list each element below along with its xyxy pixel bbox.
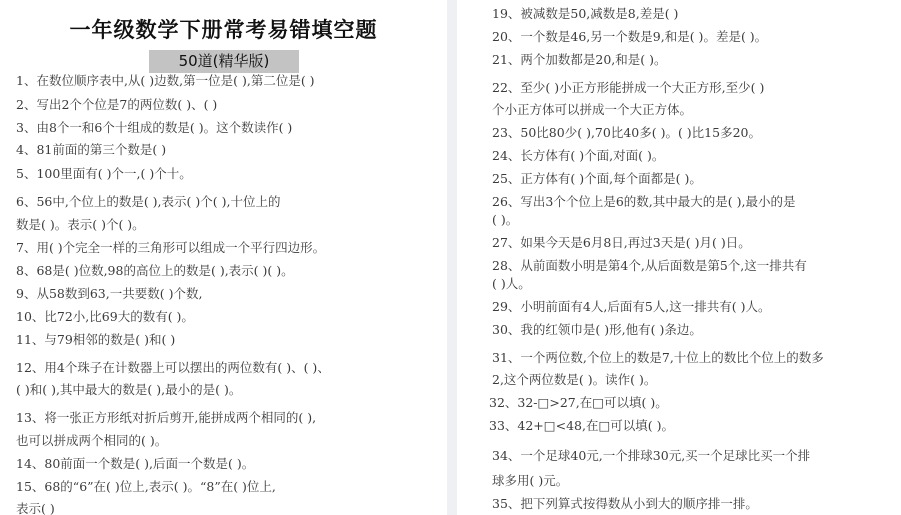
question-line: 数是( )。表示( )个( )。 [16,217,145,233]
question-line: 25、正方体有( )个面,每个面都是( )。 [492,171,702,187]
question-line: 33、42+□<48,在□可以填( )。 [489,418,674,434]
question-line: 8、68是( )位数,98的高位上的数是( ),表示( )( )。 [16,263,294,279]
question-line: 27、如果今天是6月8日,再过3天是( )月( )日。 [492,235,751,251]
question-line: 34、一个足球40元,一个排球30元,买一个足球比买一个排 [492,448,810,464]
question-line: 28、从前面数小明是第4个,从后面数是第5个,这一排共有 [492,258,807,274]
question-line: 19、被减数是50,减数是8,差是( ) [492,6,678,22]
question-line: 22、至少( )小正方形能拼成一个大正方形,至少( ) [492,80,764,96]
question-line: 11、与79相邻的数是( )和( ) [16,332,175,348]
question-line: 30、我的红领巾是( )形,他有( )条边。 [492,322,702,338]
question-line: 3、由8个一和6个十组成的数是( )。这个数读作( ) [16,120,292,136]
question-line: 13、将一张正方形纸对折后剪开,能拼成两个相同的( ), [16,410,316,426]
question-line: 表示( ) [16,501,55,515]
question-line: 2、写出2个个位是7的两位数( )、( ) [16,97,217,113]
question-line: 1、在数位顺序表中,从( )边数,第一位是( ),第二位是( ) [16,73,315,89]
question-line: ( )人。 [492,276,531,292]
question-line: 23、50比80少( ),70比40多( )。( )比15多20。 [492,125,761,141]
question-line: 12、用4个珠子在计数器上可以摆出的两位数有( )、( )、 [16,360,330,376]
question-line: 10、比72小,比69大的数有( )。 [16,309,194,325]
question-line: 5、100里面有( )个一,( )个十。 [16,166,192,182]
question-line: 21、两个加数都是20,和是( )。 [492,52,667,68]
question-line: 29、小明前面有4人,后面有5人,这一排共有( )人。 [492,299,771,315]
question-line: 20、一个数是46,另一个数是9,和是( )。差是( )。 [492,29,767,45]
document-subtitle: 50道(精华版) [149,50,299,73]
question-line: ( )。 [492,212,518,228]
question-line: 32、32-□>27,在□可以填( )。 [489,395,668,411]
document-page-right: 19、被减数是50,减数是8,差是( )20、一个数是46,另一个数是9,和是(… [457,0,901,515]
question-line: 个小正方体可以拼成一个大正方体。 [492,102,692,118]
question-line: 35、把下列算式按得数从小到大的顺序排一排。 [492,496,758,512]
question-line: 球多用( )元。 [492,473,568,489]
question-line: 7、用( )个完全一样的三角形可以组成一个平行四边形。 [16,240,325,256]
question-line: 6、56中,个位上的数是( ),表示( )个( ),十位上的 [16,194,280,210]
question-line: 26、写出3个个位上是6的数,其中最大的是( ),最小的是 [492,194,796,210]
question-line: ( )和( ),其中最大的数是( ),最小的是( )。 [16,382,241,398]
question-line: 2,这个两位数是( )。读作( )。 [492,372,656,388]
document-page-left: 一年级数学下册常考易错填空题 50道(精华版) 1、在数位顺序表中,从( )边数… [0,0,447,515]
question-line: 31、一个两位数,个位上的数是7,十位上的数比个位上的数多 [492,350,824,366]
question-line: 24、长方体有( )个面,对面( )。 [492,148,664,164]
document-title: 一年级数学下册常考易错填空题 [0,14,447,44]
question-line: 15、68的“6”在( )位上,表示( )。“8”在( )位上, [16,479,276,495]
question-line: 9、从58数到63,一共要数( )个数, [16,286,202,302]
question-line: 4、81前面的第三个数是( ) [16,142,166,158]
question-line: 也可以拼成两个相同的( )。 [16,433,167,449]
question-line: 14、80前面一个数是( ),后面一个数是( )。 [16,456,254,472]
